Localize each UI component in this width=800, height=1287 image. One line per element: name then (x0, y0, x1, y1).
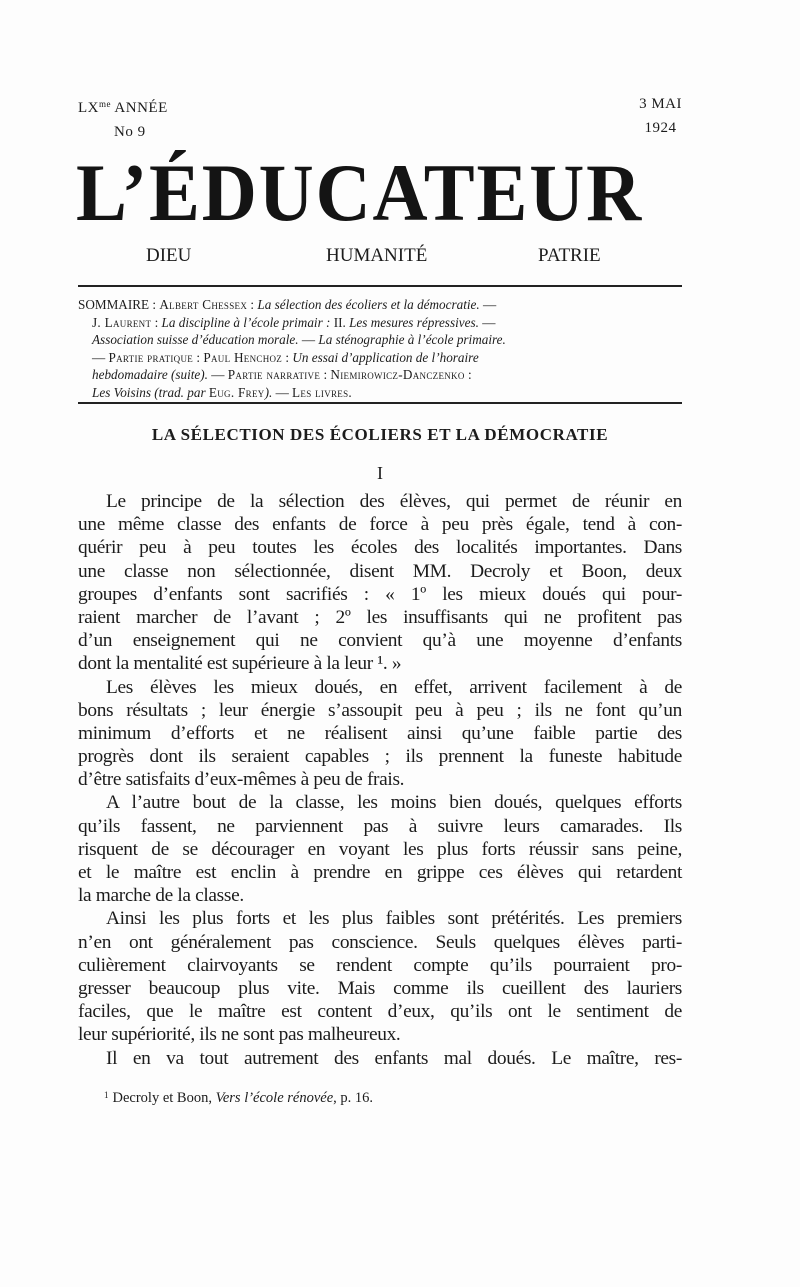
toc-line: Association suisse d’éducation morale. —… (78, 331, 672, 349)
body-line: dont la mentalité est supérieure à la le… (78, 652, 682, 675)
body-line: qu’ils fassent, ne parviennent pas à sui… (78, 815, 682, 838)
body-line: risquent de se décourager en voyant les … (78, 838, 682, 861)
toc-line: SOMMAIRE : Albert Chessex : La sélection… (78, 296, 672, 314)
toc-segment: J. Laurent (92, 315, 151, 330)
toc-segment: Les livres (292, 385, 348, 400)
toc-segment: — (272, 385, 292, 400)
body-line: A l’autre bout de la classe, les moins b… (78, 791, 682, 814)
toc-segment: Un essai d’application de l’horaire (292, 350, 478, 365)
article-body: Le principe de la sélection des élèves, … (78, 490, 682, 1070)
toc-segment: La sélection des écoliers et la démocrat… (257, 297, 479, 312)
body-line: progrès dont ils seraient capables ; ils… (78, 745, 682, 768)
toc-segment: Association suisse d’éducation morale. (92, 332, 299, 347)
masthead-title: L’ÉDUCATEUR (76, 148, 643, 238)
toc-segment: Albert Chessex (159, 297, 247, 312)
toc-segment: Les mesures répressives. (349, 315, 479, 330)
body-line: une même classe des enfants de force à p… (78, 513, 682, 536)
body-line: d’être satisfaits d’eux-mêmes à peu de f… (78, 768, 682, 791)
divider-rule (78, 285, 682, 287)
body-line: gresser beaucoup plus vite. Mais comme i… (78, 977, 682, 1000)
body-line: n’en ont généralement pas conscience. Se… (78, 931, 682, 954)
toc-segment: La sténographie à l’école primaire. (318, 332, 505, 347)
issue-number: No 9 (78, 120, 168, 144)
body-line: Ainsi les plus forts et les plus faibles… (78, 907, 682, 930)
toc-segment: Eug. Frey (209, 385, 265, 400)
issue-date: 3 MAI 1924 (639, 92, 682, 140)
body-line: culièrement clairvoyants se rendent comp… (78, 954, 682, 977)
body-line: Le principe de la sélection des élèves, … (78, 490, 682, 513)
toc-segment: La discipline à l’école primair : (162, 315, 331, 330)
body-line: une classe non sélectionnée, disent MM. … (78, 560, 682, 583)
toc-segment: : (193, 350, 203, 365)
issue-day-month: 3 MAI (639, 92, 682, 116)
toc-line: hebdomadaire (suite). — Partie narrative… (78, 366, 672, 384)
motto-word: HUMANITÉ (326, 244, 427, 268)
toc-segment: SOMMAIRE : (78, 297, 159, 312)
toc-segment: : (247, 297, 257, 312)
issue-meta: LXme ANNÉE No 9 (78, 92, 168, 144)
footnote: 1Decroly et Boon, Vers l’école rénovée, … (104, 1085, 373, 1108)
toc-segment: — (92, 350, 108, 365)
toc-segment: : (282, 350, 292, 365)
body-line: leur supériorité, ils ne sont pas malheu… (78, 1023, 682, 1046)
toc-segment: Niemirowicz-Danczenko (330, 367, 464, 382)
toc-segment: : (465, 367, 472, 382)
footnote-author: Decroly et Boon, (113, 1090, 216, 1106)
toc-segment: II. (330, 315, 349, 330)
year-roman: LX (78, 100, 99, 116)
toc-segment: : (151, 315, 161, 330)
year-suffix: ANNÉE (111, 100, 168, 116)
body-line: Il en va tout autrement des enfants mal … (78, 1047, 682, 1070)
body-line: minimum d’efforts et ne réalisent ainsi … (78, 722, 682, 745)
toc-segment: Partie pratique (108, 350, 193, 365)
body-line: faciles, que le maître est content d’eux… (78, 1000, 682, 1023)
body-line: groupes d’enfants sont sacrifiés : « 1º … (78, 583, 682, 606)
toc-segment: — (479, 315, 495, 330)
toc-segment: Paul Henchoz (203, 350, 282, 365)
year-label: LXme ANNÉE (78, 92, 168, 120)
body-line: Les élèves les mieux doués, en effet, ar… (78, 676, 682, 699)
body-line: et le maître est enclin à prendre en gri… (78, 861, 682, 884)
table-of-contents: SOMMAIRE : Albert Chessex : La sélection… (78, 296, 672, 401)
body-line: d’un enseignement qui ne convient qu’à u… (78, 629, 682, 652)
motto-word: PATRIE (538, 244, 601, 268)
footnote-marker: 1 (104, 1090, 109, 1100)
section-number: I (78, 462, 682, 484)
toc-segment: — (480, 297, 496, 312)
footnote-page: , p. 16. (333, 1090, 373, 1106)
toc-segment: Les Voisins (trad. par (92, 385, 209, 400)
toc-segment: hebdomadaire (suite). (92, 367, 208, 382)
toc-line: Les Voisins (trad. par Eug. Frey). — Les… (78, 384, 672, 402)
motto-word: DIEU (146, 244, 191, 268)
body-line: raient marcher de l’avant ; 2º les insuf… (78, 606, 682, 629)
toc-segment: : (320, 367, 330, 382)
body-line: la marche de la classe. (78, 884, 682, 907)
toc-segment: . (348, 385, 351, 400)
toc-segment: Partie narrative (228, 367, 320, 382)
toc-segment: — (299, 332, 319, 347)
toc-segment: — (208, 367, 228, 382)
footnote-work: Vers l’école rénovée (216, 1090, 334, 1106)
toc-line: — Partie pratique : Paul Henchoz : Un es… (78, 349, 672, 367)
divider-rule (78, 402, 682, 404)
issue-year: 1924 (639, 116, 682, 140)
body-line: bons résultats ; leur énergie s’assoupit… (78, 699, 682, 722)
toc-line: J. Laurent : La discipline à l’école pri… (78, 314, 672, 332)
body-line: quérir peu à peu toutes les écoles des l… (78, 536, 682, 559)
year-sup: me (99, 99, 111, 109)
article-title: LA SÉLECTION DES ÉCOLIERS ET LA DÉMOCRAT… (78, 424, 682, 446)
